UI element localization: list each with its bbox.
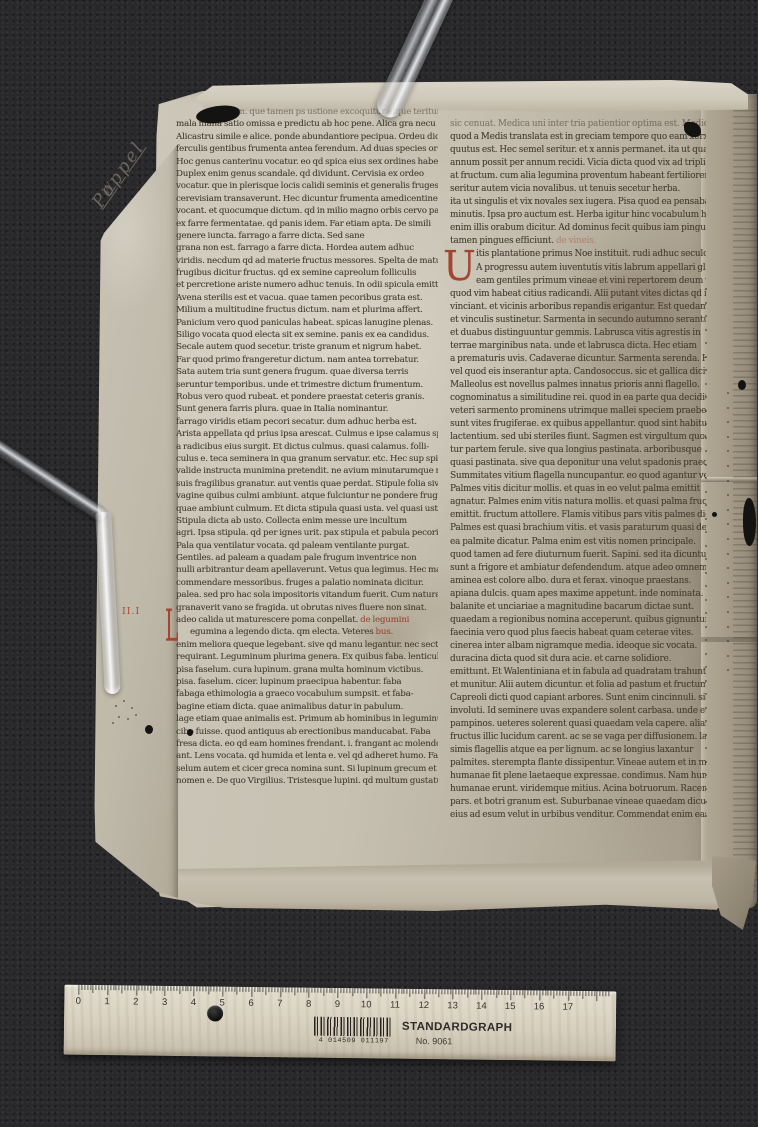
prick-mark xyxy=(705,329,707,331)
ruler-tick xyxy=(565,991,566,996)
prick-mark xyxy=(705,815,707,817)
ruler-tick xyxy=(168,986,169,991)
ruler-number: 15 xyxy=(505,1001,516,1012)
ruler-tick xyxy=(159,986,160,991)
ruler-tick xyxy=(266,987,267,995)
manuscript-line: cibo fuisse. quod antiquus ab erectionib… xyxy=(176,726,438,738)
prick-mark xyxy=(115,705,117,707)
manuscript-line: quae ambiunt culmum. Et dicta stipula qu… xyxy=(176,503,438,515)
manuscript-line: bagine etiam dicta. quae animalibus datu… xyxy=(176,701,438,713)
ruler-tick xyxy=(369,988,370,993)
ruler-tick xyxy=(312,988,313,993)
manuscript-line: Stipula dicta ab usto. Collecta enim mes… xyxy=(176,515,438,527)
manuscript-line: Far quod primo frangeretur dictum. nam a… xyxy=(176,354,438,366)
prick-mark xyxy=(705,693,707,695)
manuscript-line: et duabus distinguuntur gemmis. Labrusca… xyxy=(450,327,706,340)
prick-mark xyxy=(705,302,707,304)
ruler-tick xyxy=(116,985,117,990)
ruler-tick xyxy=(110,985,111,990)
manuscript-line: seruntur temporibus. unde et trimestre d… xyxy=(176,379,438,391)
manuscript-line: Siligo vocata quod electa sit ex semine.… xyxy=(176,329,438,341)
ruler-tick xyxy=(156,986,157,991)
manuscript-line: apiana dulcis. quam apes maxime appetunt… xyxy=(450,588,706,601)
ruler-tick xyxy=(309,988,310,998)
manuscript-line: at fructum. cum alia legumina proventum … xyxy=(450,170,706,183)
manuscript-line: cognominatus a similitudine rei. quod in… xyxy=(450,392,706,405)
ruler-tick xyxy=(133,985,134,990)
ruler-tick xyxy=(127,985,128,990)
ruler-tick xyxy=(608,991,609,996)
prick-mark xyxy=(705,612,707,614)
ruler-tick xyxy=(505,990,506,995)
prick-mark xyxy=(727,480,729,482)
manuscript-line: et percretione ariste numero adhuc tenui… xyxy=(176,279,438,291)
manuscript-line: balanite et unciariae a magnitudine baca… xyxy=(450,601,706,614)
ruler-tick xyxy=(447,989,448,994)
ruler-number: 7 xyxy=(277,998,282,1009)
ruler-number: 11 xyxy=(390,1000,400,1011)
ruler-tick xyxy=(124,985,125,990)
ruler-number: 1 xyxy=(104,996,109,1007)
prick-mark xyxy=(727,407,729,409)
prick-mark xyxy=(705,653,707,655)
ruler-tick xyxy=(487,990,488,995)
ruler-tick xyxy=(208,986,209,994)
manuscript-line: Panicium vero quod paniculas habeat. spi… xyxy=(176,317,438,329)
prick-mark xyxy=(727,626,729,628)
prick-mark xyxy=(112,722,114,724)
ruler-tick xyxy=(459,989,460,994)
prick-mark xyxy=(705,720,707,722)
manuscript-line: seritur autem vicia novalibus. ut tenuis… xyxy=(450,183,706,196)
ruler-tick xyxy=(171,986,172,991)
ruler-tick xyxy=(194,986,195,996)
ruler-tick xyxy=(340,988,341,993)
rubric-red-faded: de vineis. xyxy=(554,236,596,246)
wormhole xyxy=(712,512,717,517)
ruler-tick xyxy=(289,987,290,992)
ruler-tick xyxy=(479,990,480,995)
prick-mark xyxy=(705,666,707,668)
manuscript-line: quutus est. Hec semel seritur. et x anni… xyxy=(450,144,706,157)
manuscript-line: itis plantatione primus Noe instituit. r… xyxy=(476,248,706,261)
ruler-tick xyxy=(441,989,442,994)
manuscript-line: enim illis orabum dicitur. Ad dominus fe… xyxy=(450,222,706,235)
ruler-tick xyxy=(191,986,192,991)
ruler-tick xyxy=(234,987,235,992)
manuscript-line: humanae erunt. viridemque mitius. Acina … xyxy=(450,783,706,796)
manuscript-line: Alicastru simile e alice. ponde abundant… xyxy=(176,131,438,143)
ruler-tick xyxy=(464,990,465,995)
ruler-tick xyxy=(337,988,338,998)
prick-mark xyxy=(705,423,707,425)
prick-mark xyxy=(727,465,729,467)
ruler-tick xyxy=(294,987,295,995)
ruler-tick xyxy=(185,986,186,991)
ruler-tick xyxy=(473,990,474,995)
ruler-tick xyxy=(493,990,494,995)
ruler-tick xyxy=(323,988,324,996)
text-column-left: ginum. que tamen ps ustione excoquitur a… xyxy=(176,106,438,787)
ruler-tick xyxy=(96,985,97,990)
manuscript-line: Malleolus est novellus palmes innatus pr… xyxy=(450,379,706,392)
ruler-tick xyxy=(389,989,390,994)
ruler-tick xyxy=(577,991,578,996)
ruler-tick xyxy=(533,990,534,995)
ruler-tick xyxy=(542,990,543,995)
ruler-tick xyxy=(438,989,439,997)
prick-mark xyxy=(727,655,729,657)
manuscript-line: selum autem et cicer greca nomina sunt. … xyxy=(176,763,438,775)
ruler-tick xyxy=(136,986,137,996)
ruler-tick xyxy=(597,991,598,1001)
ruler-tick xyxy=(153,986,154,991)
manuscript-line: cerevisiam transaverunt. Hec dicuntur fr… xyxy=(176,193,438,205)
ruler-tick xyxy=(361,988,362,993)
ruler-tick xyxy=(410,989,411,997)
ruler-tick xyxy=(430,989,431,994)
ruler-tick xyxy=(130,985,131,990)
ruler-tick xyxy=(444,989,445,994)
ruler-tick xyxy=(461,989,462,994)
prick-mark xyxy=(705,558,707,560)
manuscript-line: nomen e. De quo Virgilius. Tristesque lu… xyxy=(176,775,438,787)
manuscript-line: Gentiles. ad paleam a quadam pale frugum… xyxy=(176,552,438,564)
prick-mark xyxy=(705,315,707,317)
ruler-tick xyxy=(300,988,301,993)
ruler-tick xyxy=(352,988,353,996)
ruler-tick xyxy=(142,986,143,991)
text-column-right: sic cenuat. Medica uni inter tria patien… xyxy=(450,118,706,823)
manuscript-line: Summitates vitium flagella nuncupantur. … xyxy=(450,470,706,483)
manuscript-line: a radicibus eius surgit. Et dictus culmu… xyxy=(176,441,438,453)
manuscript-line: quasi pastinata. sive qua deponitur una … xyxy=(450,457,706,470)
manuscript-line: Milium a multitudine fructus dictum. nam… xyxy=(176,304,438,316)
ruler-tick xyxy=(179,986,180,994)
ruler-tick xyxy=(231,987,232,992)
chapter-number: II.I xyxy=(122,606,140,617)
manuscript-line: vocatur. que in plerisque locis calidi s… xyxy=(176,180,438,192)
manuscript-line: Sata autem tria sunt genera frugum. quae… xyxy=(176,366,438,378)
ruler-tick xyxy=(418,989,419,994)
ruler-tick xyxy=(384,989,385,994)
manuscript-line: quod vim habeat citius radicandi. Alii p… xyxy=(450,288,706,301)
manuscript-line: humanae fit plene laetaeque expressae. c… xyxy=(450,770,706,783)
ruler-tick xyxy=(358,988,359,993)
manuscript-line: eius ad esum velut in urbibus venditur. … xyxy=(450,809,706,822)
manuscript-line: pisa. faselum. cicer. lupinum praecipua … xyxy=(176,676,438,688)
ruler-tick xyxy=(147,986,148,991)
ruler-tick xyxy=(93,985,94,993)
manuscript-line: enim meliora queque legebant. sive qd ma… xyxy=(176,639,438,651)
ruler-tick xyxy=(412,989,413,994)
manuscript-line: quod a Medis translata est in greciam te… xyxy=(450,131,706,144)
ruler-tick xyxy=(427,989,428,994)
ruler-number: 17 xyxy=(562,1002,573,1013)
manuscript-line: et munitur. Alii autem dicuntur. et foli… xyxy=(450,679,706,692)
ruler-tick xyxy=(395,989,396,999)
prick-mark xyxy=(705,585,707,587)
prick-mark xyxy=(705,545,707,547)
manuscript-line: fresa dicta. eo qd eam homines frendant.… xyxy=(176,738,438,750)
prick-mark xyxy=(705,437,707,439)
manuscript-line: Secale autem quod secetur. triste granum… xyxy=(176,341,438,353)
ruler-tick xyxy=(571,991,572,996)
manuscript-line: et vinculis sustinetur. Sarmenta in secu… xyxy=(450,314,706,327)
prick-mark xyxy=(727,553,729,555)
ruler-tick xyxy=(317,988,318,993)
ruler-tick xyxy=(387,989,388,994)
ruler-number: 4 xyxy=(191,997,196,1008)
ruler-tick xyxy=(456,989,457,994)
manuscript-line: vel quod eis inserantur apta. Candosoccu… xyxy=(450,366,706,379)
ruler-tick xyxy=(139,986,140,991)
ruler-tick xyxy=(202,986,203,991)
ruler-tick xyxy=(507,990,508,995)
ruler-tick xyxy=(433,989,434,994)
manuscript-line: pampinos. ueteres solerent quasi quaedam… xyxy=(450,718,706,731)
manuscript-line: Arista appellata qd prius ipsa arescat. … xyxy=(176,428,438,440)
manuscript-line: vocant. et quocumque dictum. qd in milio… xyxy=(176,205,438,217)
manuscript-line: egumina a legendo dicta. qm electa. Vete… xyxy=(190,626,438,638)
ruler-tick xyxy=(113,985,114,990)
ruler-tick xyxy=(591,991,592,996)
ruler-tick xyxy=(217,986,218,991)
prick-mark xyxy=(705,356,707,358)
wormhole xyxy=(187,729,193,736)
prick-mark xyxy=(705,774,707,776)
prick-mark xyxy=(705,450,707,452)
manuscript-line: pars. et botri granum est. Suburbanae vi… xyxy=(450,796,706,809)
prick-mark xyxy=(705,801,707,803)
ruler-tick xyxy=(343,988,344,993)
manuscript-line: tamen pingues efficiunt. de vineis. xyxy=(450,235,706,248)
ruler-tick xyxy=(559,991,560,996)
ruler-tick xyxy=(450,989,451,994)
ruler-tick xyxy=(165,986,166,996)
ruler-number: 16 xyxy=(534,1001,545,1012)
prick-mark xyxy=(705,734,707,736)
ruler-tick xyxy=(415,989,416,994)
manuscript-line: Robus vero quod rubeat. et pondere praes… xyxy=(176,391,438,403)
prick-mark xyxy=(705,639,707,641)
prick-mark xyxy=(705,747,707,749)
prick-mark xyxy=(705,369,707,371)
ruler-tick xyxy=(260,987,261,992)
prick-mark xyxy=(727,436,729,438)
ruler-tick xyxy=(254,987,255,992)
ruler-number: 2 xyxy=(133,996,138,1007)
manuscript-line: tur partem ferule. sive qua longius past… xyxy=(450,444,706,457)
ruler-tick xyxy=(484,990,485,995)
ruler-tick xyxy=(528,990,529,995)
prick-mark xyxy=(705,626,707,628)
manuscript-line: ferculis gentibus frumenta antea ferendu… xyxy=(176,143,438,155)
manuscript-line: a prematuris uvis. Cadaverae dicuntur. S… xyxy=(450,353,706,366)
prick-mark xyxy=(123,700,125,702)
ruler-tick xyxy=(605,991,606,996)
prick-mark xyxy=(705,761,707,763)
ruler-tick xyxy=(594,991,595,996)
ruler-tick xyxy=(119,985,120,990)
ruler-number: 6 xyxy=(248,998,253,1009)
ruler-tick xyxy=(476,990,477,995)
ruler-tick xyxy=(548,991,549,996)
ruler-number: 3 xyxy=(162,997,167,1008)
ruler-hole xyxy=(207,1005,223,1021)
ruler-tick xyxy=(531,990,532,995)
manuscript-line: emittit. fructum attollere. Flamis vitib… xyxy=(450,509,706,522)
ruler-tick xyxy=(574,991,575,996)
manuscript-line: ea palmite dicatur. Palma enim est vitis… xyxy=(450,536,706,549)
ruler-tick xyxy=(326,988,327,993)
ruler-tick xyxy=(78,985,79,995)
manuscript-line: grana non est. farrago a farre dicta. Ho… xyxy=(176,242,438,254)
ruler-tick xyxy=(277,987,278,992)
manuscript-line: commendare messoribus. fruges a palatio … xyxy=(176,577,438,589)
ruler-tick xyxy=(84,985,85,990)
manuscript-line: adeo calida ut maturescere poma conpella… xyxy=(176,614,438,626)
prick-mark xyxy=(727,582,729,584)
prick-mark xyxy=(705,288,707,290)
ruler-tick xyxy=(568,991,569,1001)
prick-mark xyxy=(727,538,729,540)
manuscript-line: duracina dicta quod sit dura acie. et ca… xyxy=(450,653,706,666)
ruler-tick xyxy=(87,985,88,990)
ruler-tick xyxy=(286,987,287,992)
ruler-tick xyxy=(329,988,330,993)
red-initial-U: U xyxy=(443,242,476,290)
prick-mark xyxy=(727,611,729,613)
ruler-tick xyxy=(510,990,511,1000)
ruler-tick xyxy=(381,988,382,996)
ruler-tick xyxy=(516,990,517,995)
ruler-tick xyxy=(101,985,102,990)
ruler-tick xyxy=(237,987,238,995)
manuscript-line: Duplex enim genus scandale. qd dividunt.… xyxy=(176,168,438,180)
manuscript-line: emittunt. Et Walentiniana et in fabula a… xyxy=(450,666,706,679)
ruler-tick xyxy=(366,988,367,998)
manuscript-line: involuti. Id seminere uvas expandere sol… xyxy=(450,705,706,718)
ruler-tick xyxy=(424,989,425,999)
ruler-tick xyxy=(536,990,537,995)
manuscript-line: cinerea inter albam nigramque media. ide… xyxy=(450,640,706,653)
prick-mark xyxy=(705,410,707,412)
red-initial-L: L xyxy=(165,600,178,651)
rubric-red: bus. xyxy=(373,627,393,637)
manuscript-line: aminea est colore albo. dura et ferax. v… xyxy=(450,575,706,588)
ruler-tick xyxy=(499,990,500,995)
ruler-number: 0 xyxy=(76,996,81,1007)
ruler-tick xyxy=(240,987,241,992)
prick-mark xyxy=(705,504,707,506)
ruler-tick xyxy=(122,985,123,993)
ruler-tick xyxy=(522,990,523,995)
prick-mark xyxy=(705,396,707,398)
ruler-tick xyxy=(182,986,183,991)
manuscript-line: Palmes vitis dicitur mollis. et quas in … xyxy=(450,483,706,496)
ruler-tick xyxy=(551,991,552,996)
manuscript-line: pisa faselum. cura lupinum. grana multa … xyxy=(176,664,438,676)
manuscript-line: lactentium. sed ubi steriles fiunt. Sagm… xyxy=(450,431,706,444)
ruler-tick xyxy=(280,987,281,997)
ruler-tick xyxy=(554,991,555,999)
prick-mark xyxy=(705,477,707,479)
manuscript-line: Hoc genus canterinu vocatur. eo qd spica… xyxy=(176,156,438,168)
ruler-tick xyxy=(372,988,373,993)
ruler-tick xyxy=(421,989,422,994)
ruler-tick xyxy=(496,990,497,998)
manuscript-line: eam gentiles primum vineae et vini reper… xyxy=(476,275,706,288)
ruler-tick xyxy=(545,991,546,996)
ruler-tick xyxy=(243,987,244,992)
manuscript-line: ginum. que tamen ps ustione excoquitur a… xyxy=(218,106,438,118)
prick-mark xyxy=(705,599,707,601)
ruler-tick xyxy=(81,985,82,990)
prick-mark xyxy=(705,788,707,790)
ruler-tick xyxy=(398,989,399,994)
prick-mark xyxy=(705,383,707,385)
manuscript-line: ant. Lens vocata. qd humida et lenta e. … xyxy=(176,750,438,762)
manuscript-line: genere iuncta. farrago a farre dicta. Se… xyxy=(176,230,438,242)
ruler-tick xyxy=(404,989,405,994)
wormhole xyxy=(145,725,153,734)
prick-mark xyxy=(705,572,707,574)
ruler-tick xyxy=(214,986,215,991)
ruler-tick xyxy=(392,989,393,994)
ruler-tick xyxy=(378,988,379,993)
barcode-digits: 4 014509 011197 xyxy=(310,1037,398,1046)
manuscript-line: fructus illic lucidum carent. ac se se v… xyxy=(450,731,706,744)
prick-mark xyxy=(705,464,707,466)
wormhole xyxy=(738,380,746,390)
ruler-tick xyxy=(211,986,212,991)
ruler-tick xyxy=(407,989,408,994)
manuscript-line: palmites. sterempta flante dissipentur. … xyxy=(450,757,706,770)
manuscript-line: Pala qua ventilatur vocata. qd paleam ve… xyxy=(176,540,438,552)
prick-mark xyxy=(727,509,729,511)
ruler-tick xyxy=(490,990,491,995)
prick-mark xyxy=(705,518,707,520)
ruler-tick xyxy=(363,988,364,993)
ruler-tick xyxy=(222,987,223,997)
ruler-tick xyxy=(453,989,454,999)
ruler-tick xyxy=(150,986,151,994)
ruler-tick xyxy=(306,988,307,993)
ruler-tick xyxy=(176,986,177,991)
ruler-tick xyxy=(375,988,376,993)
ruler-tick xyxy=(332,988,333,993)
ruler-tick xyxy=(401,989,402,994)
ruler-tick xyxy=(90,985,91,990)
prick-mark xyxy=(705,680,707,682)
ruler-tick xyxy=(291,987,292,992)
ruler-tick xyxy=(349,988,350,993)
manuscript-line: quaedam a regionibus nomina acceperunt. … xyxy=(450,614,706,627)
manuscript-line: requirant. Leguminum plurima genera. Ex … xyxy=(176,651,438,663)
ruler-tick xyxy=(320,988,321,993)
ruler-tick xyxy=(303,988,304,993)
manuscript-line: granaverit vano se fragida. ut obrutas n… xyxy=(176,602,438,614)
tear-hole xyxy=(743,498,756,546)
ruler-tick xyxy=(145,986,146,991)
ruler-tick xyxy=(355,988,356,993)
manuscript-line: veteri sarmento prominens utrimque malle… xyxy=(450,405,706,418)
ruler-tick xyxy=(556,991,557,996)
manuscript-line: vinciant. et vicinis arboribus repandis … xyxy=(450,301,706,314)
manuscript-line: Sunt genera farris plura. quae in Italia… xyxy=(176,403,438,415)
ruler-tick xyxy=(248,987,249,992)
